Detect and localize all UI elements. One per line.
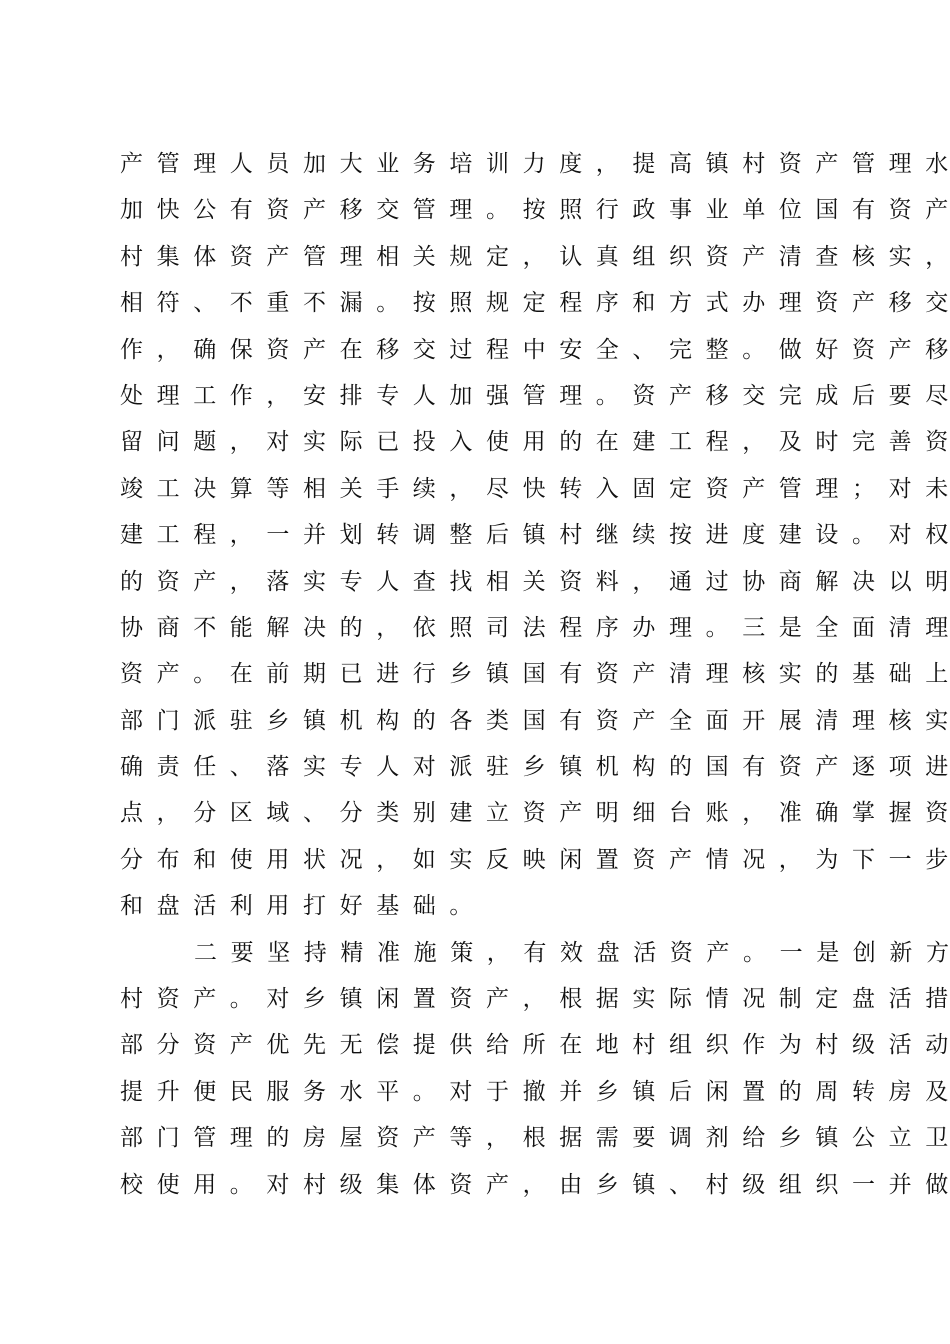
text-line: 建工程，一并划转调整后镇村继续按进度建设。对权属不明晰	[120, 512, 880, 558]
text-line: 校使用。对村级集体资产，由乡镇、村级组织一并做好整体规	[120, 1162, 880, 1208]
text-line: 村资产。对乡镇闲置资产，根据实际情况制定盘活措施，可将	[120, 976, 880, 1022]
text-line: 留问题，对实际已投入使用的在建工程，及时完善资料和办理	[120, 419, 880, 465]
text-line: 的资产，落实专人查找相关资料，通过协商解决以明晰权属，	[120, 559, 880, 605]
text-line: 资产。在前期已进行乡镇国有资产清理核实的基础上，对县级	[120, 651, 880, 697]
text-line: 作，确保资产在移交过程中安全、完整。做好资产移交后账务	[120, 327, 880, 373]
text-line: 竣工决算等相关手续，尽快转入固定资产管理；对未完工的在	[120, 466, 880, 512]
text-line: 加快公有资产移交管理。按照行政事业单位国有资产管理、农	[120, 187, 880, 233]
text-line: 协商不能解决的，依照司法程序办理。三是全面清理各级各类	[120, 605, 880, 651]
text-line: 村集体资产管理相关规定，认真组织资产清查核实，做到账实	[120, 234, 880, 280]
document-page: 产管理人员加大业务培训力度，提高镇村资产管理水平。二是 加快公有资产移交管理。按…	[0, 0, 950, 1344]
text-line: 部门管理的房屋资产等，根据需要调剂给乡镇公立卫生院和学	[120, 1115, 880, 1161]
paragraph-start-line: 二要坚持精准施策，有效盘活资产。一是创新方式盘活镇	[120, 930, 880, 976]
text-line: 和盘活利用打好基础。	[120, 883, 880, 929]
text-line: 分布和使用状况，如实反映闲置资产情况，为下一步统筹使用	[120, 837, 880, 883]
text-line: 提升便民服务水平。对于撤并乡镇后闲置的周转房及其他县级	[120, 1069, 880, 1115]
text-line: 产管理人员加大业务培训力度，提高镇村资产管理水平。二是	[120, 141, 880, 187]
text-line: 点，分区域、分类别建立资产明细台账，准确掌握资产的权属、	[120, 790, 880, 836]
text-line: 部门派驻乡镇机构的各类国有资产全面开展清理核实工作。明	[120, 698, 880, 744]
document-body: 产管理人员加大业务培训力度，提高镇村资产管理水平。二是 加快公有资产移交管理。按…	[120, 141, 880, 1208]
text-line: 确责任、落实专人对派驻乡镇机构的国有资产逐项进行清理盘	[120, 744, 880, 790]
text-line: 处理工作，安排专人加强管理。资产移交完成后要尽快处理遗	[120, 373, 880, 419]
text-line: 相符、不重不漏。按照规定程序和方式办理资产移交、接收工	[120, 280, 880, 326]
text-line: 部分资产优先无偿提供给所在地村组织作为村级活动阵地使用，	[120, 1022, 880, 1068]
